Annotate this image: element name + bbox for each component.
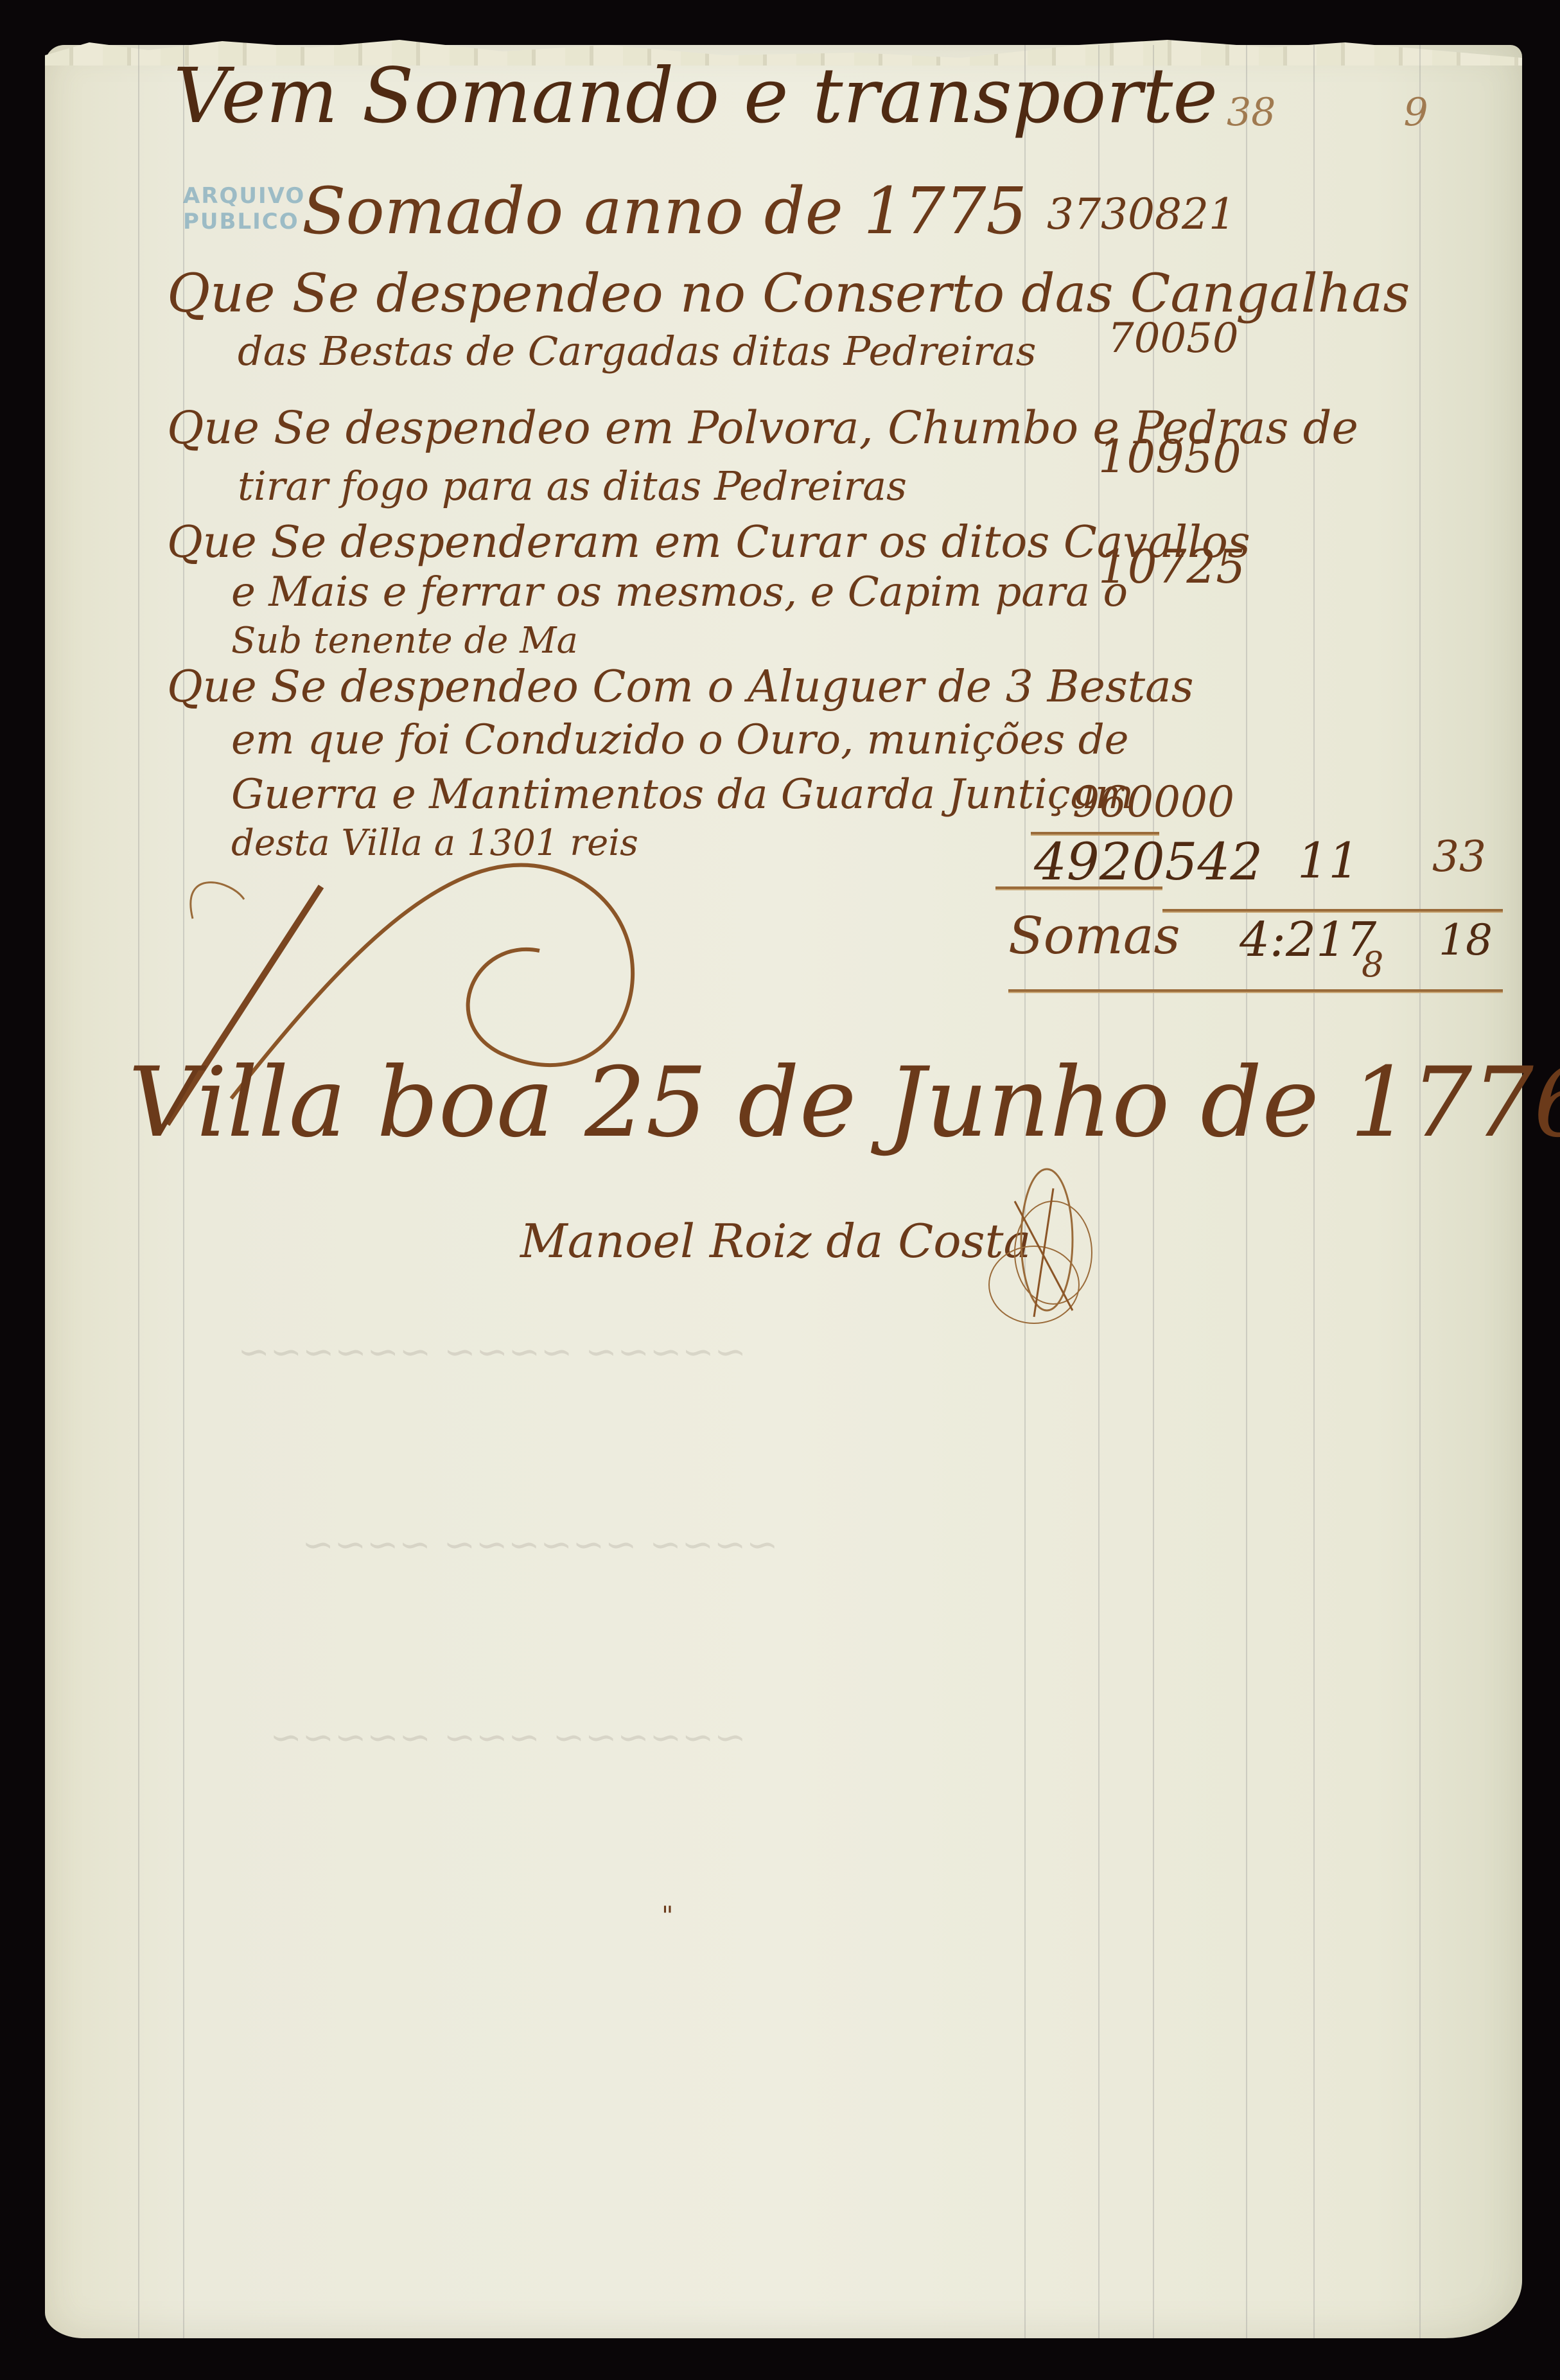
sum-value-main: 4:217: [1240, 912, 1376, 967]
ruled-column-line: [1246, 45, 1247, 2338]
entry-4-line-3: Guerra e Mantimentos da Guarda Juntiçam: [231, 771, 1134, 818]
place-date: Villa boa 25 de Junho de 1776: [128, 1047, 1560, 1159]
subtotal-secondary-2: 33: [1432, 832, 1486, 881]
entry-4-line-2: em que foi Conduzido o Ouro, munições de: [231, 716, 1129, 764]
entry-4-value: 960000: [1073, 777, 1234, 827]
sum-value-secondary: 18: [1439, 915, 1493, 965]
bleed-through-text: ~~~~ ~~~~~~ ~~~~: [302, 1522, 778, 1567]
sum-label: Somas: [1008, 906, 1180, 965]
page-number: 38 9: [1227, 90, 1428, 135]
ruled-margin-line: [138, 45, 139, 2338]
entry-3-line-3: Sub tenente de Ma: [231, 620, 578, 662]
ruled-column-line: [1419, 45, 1421, 2338]
entry-3-value: 10725: [1098, 540, 1245, 594]
ruled-column-line: [1313, 45, 1315, 2338]
signature: Manoel Roiz da Costa: [520, 1214, 1031, 1268]
bleed-through-text: ~~~~~ ~~~~ ~~~~~~: [238, 1330, 746, 1375]
opening-balance-label: Somado anno de 1775: [302, 173, 1027, 249]
entry-2-value: 10950: [1098, 430, 1241, 483]
stray-ink-mark: ": [662, 1901, 673, 1931]
entry-1-value: 70050: [1108, 315, 1239, 362]
entry-3-line-2: e Mais e ferrar os mesmos, e Capim para …: [231, 569, 1128, 616]
bleed-through-text: ~~~~~~ ~~~ ~~~~~: [270, 1715, 746, 1760]
entry-1-line-2: das Bestas de Cargadas ditas Pedreiras: [238, 328, 1036, 375]
entry-4-line-1: Que Se despendeo Com o Aluguer de 3 Best…: [167, 662, 1194, 712]
sum-rule-bottom: [1008, 989, 1503, 993]
subtotal-value: 4920542: [1034, 832, 1263, 892]
ledger-page: ARQUIVO PUBLICO ~~~~~ ~~~~ ~~~~~~ ~~~~ ~…: [45, 45, 1522, 2338]
signature-flourish: [976, 1163, 1137, 1343]
sum-value-fraction: 8: [1362, 944, 1383, 985]
ruled-margin-line: [183, 45, 184, 2338]
ledger-header: Vem Somando e transporte: [173, 51, 1218, 140]
subtotal-secondary-1: 11: [1297, 832, 1360, 889]
ruled-column-line: [1153, 45, 1154, 2338]
subtotal-rule-bottom: [995, 886, 1162, 890]
entry-2-line-2: tirar fogo para as ditas Pedreiras: [238, 463, 907, 509]
opening-balance-value: 3730821: [1047, 190, 1236, 239]
entry-3-line-1: Que Se despenderam em Curar os ditos Cav…: [167, 517, 1250, 568]
